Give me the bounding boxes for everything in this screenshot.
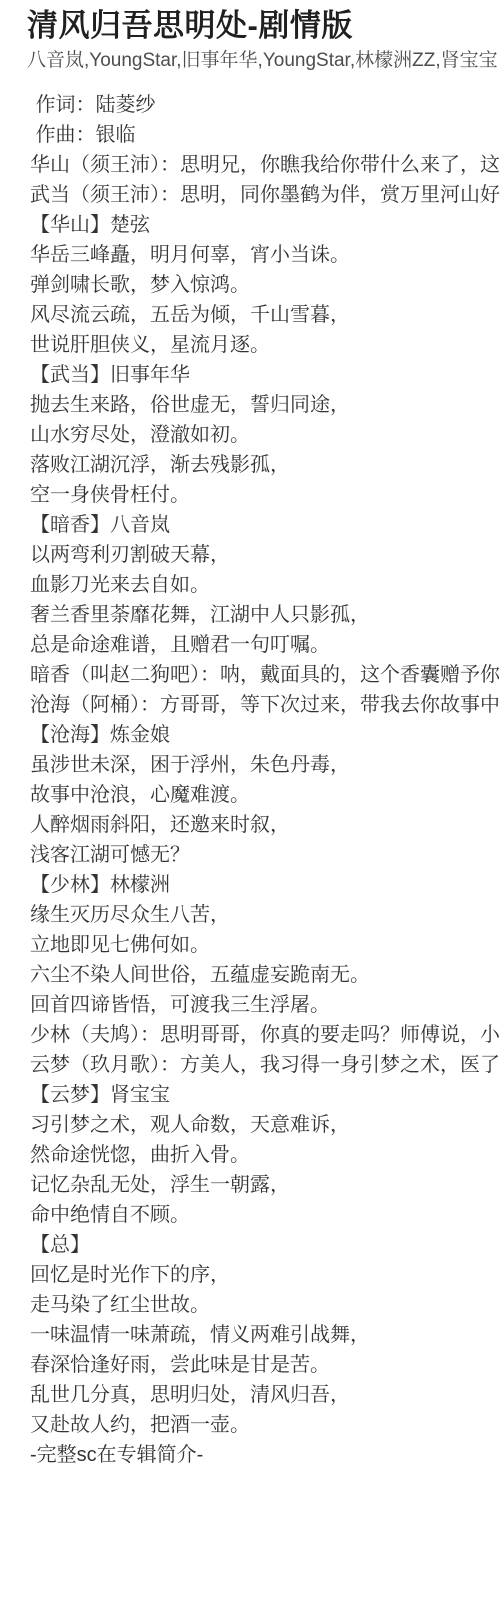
lyric-line: 【暗香】八音岚 xyxy=(30,510,500,540)
lyric-line: 习引梦之术，观人命数，天意难诉， xyxy=(30,1110,500,1140)
lyric-line: 血影刀光来去自如。 xyxy=(30,570,500,600)
lyric-line: 沧海（阿桶）：方哥哥，等下次过来，带我去你故事中 xyxy=(30,690,500,720)
lyric-line: -完整sc在专辑简介- xyxy=(30,1440,500,1470)
lyric-line: 华岳三峰矗，明月何辜，宵小当诛。 xyxy=(30,240,500,270)
lyric-line: 空一身侠骨枉付。 xyxy=(30,480,500,510)
lyric-line: 【沧海】炼金娘 xyxy=(30,720,500,750)
lyric-line: 虽涉世未深，困于浮州，朱色丹毒， xyxy=(30,750,500,780)
lyric-line: 山水穷尽处，澄澈如初。 xyxy=(30,420,500,450)
lyric-line: 总是命途难谱，且赠君一句叮嘱。 xyxy=(30,630,500,660)
song-artists: 八音岚,YoungStar,旧事年华,YoungStar,林檬洲ZZ,肾宝宝 xyxy=(27,48,500,73)
lyric-line: 云梦（玖月歌）：方美人，我习得一身引梦之术，医了 xyxy=(30,1050,500,1080)
lyric-line: 风尽流云疏，五岳为倾，千山雪暮， xyxy=(30,300,500,330)
lyric-line: 华山（须王沛）：思明兄，你瞧我给你带什么来了，这 xyxy=(30,150,500,180)
lyric-line: 人醉烟雨斜阳，还邀来时叙， xyxy=(30,810,500,840)
lyric-line: 立地即见七佛何如。 xyxy=(30,930,500,960)
lyric-line: 然命途恍惚，曲折入骨。 xyxy=(30,1140,500,1170)
lyric-line: 【总】 xyxy=(30,1230,500,1260)
lyric-line: 命中绝情自不顾。 xyxy=(30,1200,500,1230)
lyric-line: 缘生灭历尽众生八苦， xyxy=(30,900,500,930)
lyric-line: 世说肝胆侠义，星流月逐。 xyxy=(30,330,500,360)
lyric-line: 六尘不染人间世俗，五蕴虚妄跪南无。 xyxy=(30,960,500,990)
lyric-line: 【少林】林檬洲 xyxy=(30,870,500,900)
lyric-line: 故事中沧浪，心魔难渡。 xyxy=(30,780,500,810)
lyric-line: 少林（夫鸠）：思明哥哥，你真的要走吗？师傅说，小 xyxy=(30,1020,500,1050)
lyrics-page: 清风归吾思明处-剧情版 八音岚,YoungStar,旧事年华,YoungStar… xyxy=(0,0,500,1600)
lyric-line: 【华山】楚弦 xyxy=(30,210,500,240)
lyric-line: 【武当】旧事年华 xyxy=(30,360,500,390)
lyric-line: 武当（须王沛）：思明，同你墨鹤为伴，赏万里河山好 xyxy=(30,180,500,210)
lyric-line: 乱世几分真，思明归处，清风归吾， xyxy=(30,1380,500,1410)
lyric-line: 浅客江湖可憾无？ xyxy=(30,840,500,870)
lyric-line: 作曲：银临 xyxy=(30,120,500,150)
lyric-line: 【云梦】肾宝宝 xyxy=(30,1080,500,1110)
lyric-line: 弹剑啸长歌，梦入惊鸿。 xyxy=(30,270,500,300)
lyric-line: 暗香（叫赵二狗吧）：呐，戴面具的，这个香囊赠予你 xyxy=(30,660,500,690)
lyric-line: 回首四谛皆悟，可渡我三生浮屠。 xyxy=(30,990,500,1020)
lyric-line: 抛去生来路，俗世虚无，誓归同途， xyxy=(30,390,500,420)
lyric-line: 一味温情一味萧疏，情义两难引战舞， xyxy=(30,1320,500,1350)
song-title: 清风归吾思明处-剧情版 xyxy=(27,6,500,46)
lyric-line: 落败江湖沉浮，渐去残影孤， xyxy=(30,450,500,480)
lyric-line: 以两弯利刃割破天幕， xyxy=(30,540,500,570)
lyric-line: 作词：陆菱纱 xyxy=(30,90,500,120)
lyrics-block: 作词：陆菱纱 作曲：银临华山（须王沛）：思明兄，你瞧我给你带什么来了，这武当（须… xyxy=(30,90,500,1470)
lyric-line: 奢兰香里荼靡花舞，江湖中人只影孤， xyxy=(30,600,500,630)
lyric-line: 又赴故人约，把酒一壶。 xyxy=(30,1410,500,1440)
lyric-line: 记忆杂乱无处，浮生一朝露， xyxy=(30,1170,500,1200)
lyric-line: 春深恰逢好雨，尝此味是甘是苦。 xyxy=(30,1350,500,1380)
lyric-line: 回忆是时光作下的序， xyxy=(30,1260,500,1290)
lyric-line: 走马染了红尘世故。 xyxy=(30,1290,500,1320)
